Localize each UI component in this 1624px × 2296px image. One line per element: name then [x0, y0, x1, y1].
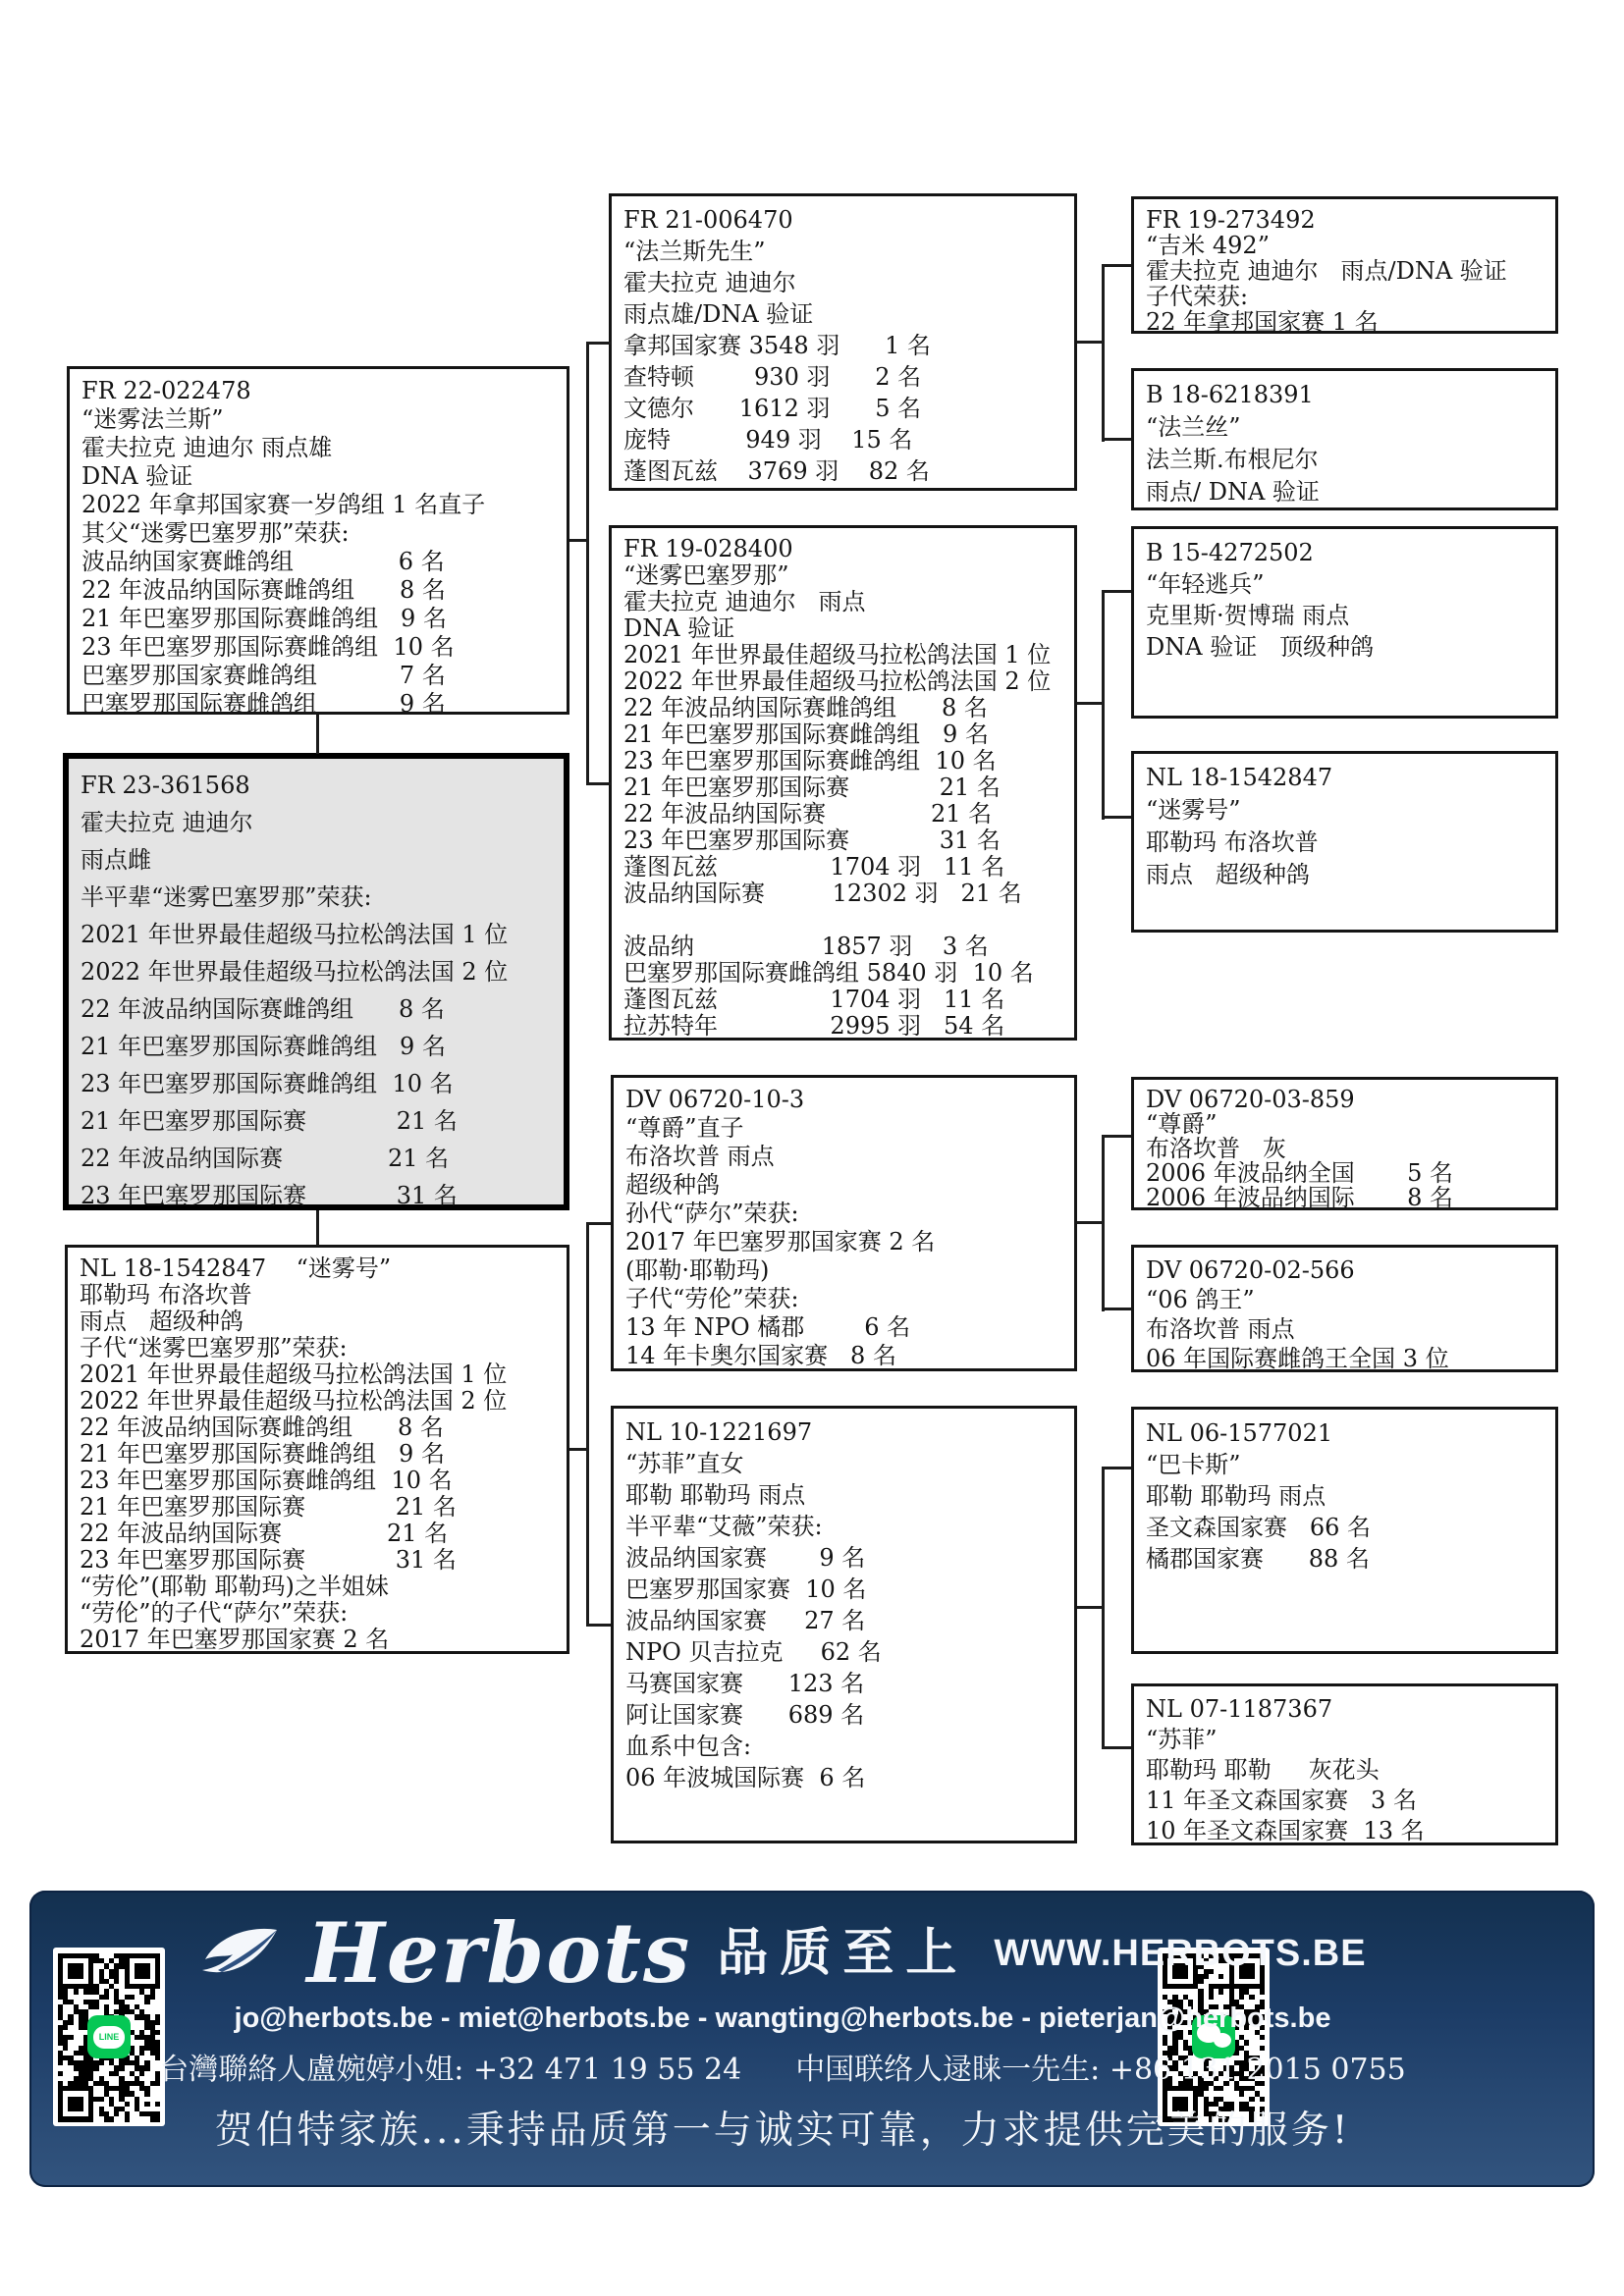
- connector-line: [1077, 1606, 1105, 1609]
- text-line: 庞特 949 羽 15 名: [623, 424, 1062, 455]
- text-line: FR 22-022478: [81, 377, 555, 405]
- text-line: “苏菲”直女: [625, 1448, 1062, 1479]
- text-line: B 15-4272502: [1146, 537, 1543, 568]
- text-line: 耶勒 耶勒玛 雨点: [625, 1479, 1062, 1511]
- connector-line: [1102, 438, 1131, 441]
- text-line: DNA 验证 顶级种鸽: [1146, 631, 1543, 663]
- text-line: 血系中包含:: [625, 1731, 1062, 1762]
- text-line: 巴塞罗那国家赛 10 名: [625, 1574, 1062, 1605]
- text-line: “06 鸽王”: [1146, 1285, 1543, 1314]
- text-line: 霍夫拉克 迪迪尔 雨点雄: [81, 434, 555, 462]
- pedigree-page: FR 22-022478“迷雾法兰斯”霍夫拉克 迪迪尔 雨点雄DNA 验证202…: [0, 0, 1624, 2296]
- contact-china: 中国联络人逯睐一先生: +86 131 2015 0755: [795, 2045, 1406, 2088]
- text-line: “吉米 492”: [1146, 233, 1543, 258]
- text-line: 子代“迷雾巴塞罗那”荣获:: [80, 1335, 555, 1362]
- text-line: 子代荣获:: [1146, 284, 1543, 309]
- website-url: WWW.HERBOTS.BE: [994, 1933, 1366, 1975]
- connector-line: [586, 782, 611, 785]
- text-line: 2022 年世界最佳超级马拉松鸽法国 2 位: [80, 1388, 555, 1415]
- text-line: “法兰斯先生”: [623, 236, 1062, 267]
- text-line: 23 年巴塞罗那国际赛雌鸽组 10 名: [80, 1468, 555, 1494]
- text-line: 半平辈“迷雾巴塞罗那”荣获:: [81, 879, 552, 916]
- text-line: 14 年卡奥尔国家赛 8 名: [625, 1342, 1062, 1370]
- text-line: DNA 验证: [81, 462, 555, 491]
- pedigree-box-nl06-1577021: NL 06-1577021“巴卡斯”耶勒 耶勒玛 雨点圣文森国家赛 66 名橘郡…: [1131, 1407, 1558, 1654]
- footer-banner: LINE Herbots 品质至上 WWW.HERBOTS.BE jo@herb…: [29, 1891, 1595, 2187]
- text-line: 2022 年世界最佳超级马拉松鸽法国 2 位: [81, 953, 552, 990]
- text-line: 耶勒 耶勒玛 雨点: [1146, 1480, 1543, 1512]
- text-line: FR 19-028400: [623, 536, 1062, 562]
- line-icon: LINE: [87, 2015, 131, 2058]
- connector-line: [1102, 1135, 1131, 1138]
- pedigree-box-subject-fr23-361568: FR 23-361568霍夫拉克 迪迪尔雨点雌半平辈“迷雾巴塞罗那”荣获:202…: [63, 753, 569, 1210]
- text-line: 23 年巴塞罗那国际赛 31 名: [81, 1177, 552, 1214]
- text-line: 2022 年世界最佳超级马拉松鸽法国 2 位: [623, 668, 1062, 695]
- text-line: 超级种鸽: [625, 1171, 1062, 1200]
- pedigree-box-nl10-1221697: NL 10-1221697“苏菲”直女耶勒 耶勒玛 雨点半平辈“艾薇”荣获:波品…: [611, 1406, 1077, 1843]
- pedigree-box-dv06720-10-3: DV 06720-10-3“尊爵”直子布洛坎普 雨点超级种鸽孙代“萨尔”荣获:2…: [611, 1075, 1077, 1371]
- text-line: 霍夫拉克 迪迪尔 雨点/DNA 验证: [1146, 258, 1543, 284]
- text-line: 拿邦国家赛 3548 羽 1 名: [623, 330, 1062, 361]
- connector-line: [586, 342, 589, 785]
- text-line: “苏菲”: [1146, 1725, 1543, 1755]
- connector-line: [1102, 264, 1131, 267]
- text-line: 21 年巴塞罗那国际赛雌鸽组 9 名: [80, 1441, 555, 1468]
- connector-line: [1102, 1308, 1131, 1310]
- pedigree-box-b18-6218391: B 18-6218391“法兰丝”法兰斯.布根尼尔雨点/ DNA 验证: [1131, 368, 1558, 510]
- text-line: 孙代“萨尔”荣获:: [625, 1200, 1062, 1228]
- text-line: 布洛坎普 灰: [1146, 1137, 1543, 1161]
- text-line: 巴塞罗那国家赛雌鸽组 7 名: [81, 662, 555, 690]
- text-line: 22 年波品纳国际赛 21 名: [623, 801, 1062, 828]
- text-line: [623, 907, 1062, 934]
- text-line: 橘郡国家赛 88 名: [1146, 1543, 1543, 1575]
- text-line: 06 年波城国际赛 6 名: [625, 1762, 1062, 1793]
- text-line: 22 年波品纳国际赛 21 名: [81, 1140, 552, 1177]
- pedigree-box-b15-4272502: B 15-4272502“年轻逃兵”克里斯·贺博瑞 雨点DNA 验证 顶级种鸽: [1131, 526, 1558, 719]
- text-line: 蓬图瓦兹 1704 羽 11 名: [623, 854, 1062, 881]
- connector-line: [586, 342, 611, 345]
- pedigree-box-fr21-006470: FR 21-006470“法兰斯先生”霍夫拉克 迪迪尔雨点雄/DNA 验证拿邦国…: [609, 193, 1077, 491]
- text-line: DV 06720-03-859: [1146, 1088, 1543, 1112]
- text-line: 23 年巴塞罗那国际赛 31 名: [80, 1547, 555, 1574]
- text-line: 耶勒玛 布洛坎普: [1146, 827, 1543, 859]
- pedigree-box-fr19-273492: FR 19-273492“吉米 492”霍夫拉克 迪迪尔 雨点/DNA 验证子代…: [1131, 196, 1558, 334]
- pedigree-box-fr19-028400: FR 19-028400“迷雾巴塞罗那”霍夫拉克 迪迪尔 雨点DNA 验证202…: [609, 525, 1077, 1041]
- text-line: 蓬图瓦兹 3769 羽 82 名: [623, 455, 1062, 487]
- text-line: 雨点/ DNA 验证: [1146, 476, 1543, 508]
- connector-line: [1077, 702, 1105, 705]
- herbots-logo: Herbots: [306, 1912, 691, 1995]
- connector-line: [1102, 1746, 1131, 1749]
- text-line: 22 年拿邦国家赛 1 名: [1146, 309, 1543, 335]
- text-line: 波品纳国际赛 12302 羽 21 名: [623, 881, 1062, 907]
- text-line: 2021 年世界最佳超级马拉松鸽法国 1 位: [81, 916, 552, 953]
- text-line: DV 06720-02-566: [1146, 1255, 1543, 1285]
- text-line: 巴塞罗那国际赛雌鸽组 5840 羽 10 名: [623, 960, 1062, 987]
- text-line: 21 年巴塞罗那国际赛雌鸽组 9 名: [81, 1028, 552, 1065]
- connector-line: [586, 1222, 589, 1627]
- text-line: 22 年波品纳国际赛 21 名: [80, 1521, 555, 1547]
- text-line: B 18-6218391: [1146, 379, 1543, 411]
- text-line: 拉苏特年 2995 羽 54 名: [623, 1013, 1062, 1040]
- text-line: “法兰丝”: [1146, 411, 1543, 444]
- text-line: 22 年波品纳国际赛雌鸽组 8 名: [623, 695, 1062, 721]
- text-line: 21 年巴塞罗那国际赛 21 名: [81, 1102, 552, 1140]
- pedigree-box-nl18-1542847-grandparent: NL 18-1542847“迷雾号”耶勒玛 布洛坎普雨点 超级种鸽: [1131, 751, 1558, 933]
- text-line: “年轻逃兵”: [1146, 568, 1543, 600]
- text-line: NL 07-1187367: [1146, 1694, 1543, 1725]
- text-line: 雨点 超级种鸽: [80, 1308, 555, 1335]
- text-line: 霍夫拉克 迪迪尔: [623, 267, 1062, 298]
- text-line: 克里斯·贺博瑞 雨点: [1146, 600, 1543, 631]
- text-line: “劳伦”的子代“萨尔”荣获:: [80, 1600, 555, 1627]
- text-line: “巴卡斯”: [1146, 1449, 1543, 1480]
- text-line: NL 06-1577021: [1146, 1417, 1543, 1449]
- connector-line: [1102, 1467, 1131, 1469]
- text-line: 雨点 超级种鸽: [1146, 859, 1543, 891]
- text-line: 霍夫拉克 迪迪尔: [81, 804, 552, 841]
- contact-taiwan: 台灣聯絡人盧婉婷小姐: +32 471 19 55 24: [159, 2045, 741, 2088]
- text-line: 21 年巴塞罗那国际赛雌鸽组 9 名: [623, 721, 1062, 748]
- connector-line: [316, 1210, 319, 1246]
- contacts-line: 台灣聯絡人盧婉婷小姐: +32 471 19 55 24 中国联络人逯睐一先生:…: [159, 2045, 1405, 2088]
- text-line: 半平辈“艾薇”荣获:: [625, 1511, 1062, 1542]
- text-line: 11 年圣文森国家赛 3 名: [1146, 1786, 1543, 1816]
- connector-line: [1102, 1467, 1105, 1749]
- text-line: 波品纳国家赛雌鸽组 6 名: [81, 548, 555, 576]
- text-line: “尊爵”: [1146, 1112, 1543, 1137]
- text-line: NL 18-1542847 “迷雾号”: [80, 1255, 555, 1282]
- text-line: 2022 年拿邦国家赛一岁鸽组 1 名直子: [81, 491, 555, 519]
- pedigree-box-nl07-1187367: NL 07-1187367“苏菲”耶勒玛 耶勒 灰花头11 年圣文森国家赛 3 …: [1131, 1683, 1558, 1845]
- text-line: 2017 年巴塞罗那国家赛 2 名: [625, 1228, 1062, 1256]
- text-line: 2006 年波品纳全国 5 名: [1146, 1161, 1543, 1186]
- text-line: “迷雾法兰斯”: [81, 405, 555, 434]
- connector-line: [1102, 590, 1105, 820]
- text-line: 马赛国家赛 123 名: [625, 1668, 1062, 1699]
- connector-line: [1102, 1135, 1105, 1311]
- pedigree-box-sire-fr22-022478: FR 22-022478“迷雾法兰斯”霍夫拉克 迪迪尔 雨点雄DNA 验证202…: [67, 366, 569, 715]
- text-line: 23 年巴塞罗那国际赛雌鸽组 10 名: [623, 748, 1062, 774]
- text-line: 波品纳 1857 羽 3 名: [623, 934, 1062, 960]
- text-line: 波品纳国家赛 27 名: [625, 1605, 1062, 1636]
- text-line: 阿让国家赛 689 名: [625, 1699, 1062, 1731]
- connector-line: [316, 715, 319, 754]
- text-line: (耶勒·耶勒玛): [625, 1256, 1062, 1285]
- text-line: 21 年巴塞罗那国际赛 21 名: [623, 774, 1062, 801]
- connector-line: [1102, 816, 1131, 819]
- text-line: 耶勒玛 布洛坎普: [80, 1282, 555, 1308]
- text-line: 法兰斯.布根尼尔: [1146, 444, 1543, 476]
- text-line: 2021 年世界最佳超级马拉松鸽法国 1 位: [80, 1362, 555, 1388]
- text-line: 2017 年巴塞罗那国家赛 2 名: [80, 1627, 555, 1653]
- text-line: 查特顿 930 羽 2 名: [623, 361, 1062, 393]
- connector-line: [1077, 341, 1105, 344]
- brand-row: Herbots 品质至上 WWW.HERBOTS.BE: [198, 1912, 1366, 1995]
- text-line: 06 年国际赛雌鸽王全国 3 位: [1146, 1344, 1543, 1373]
- text-line: “劳伦”(耶勒 耶勒玛)之半姐妹: [80, 1574, 555, 1600]
- connector-line: [1077, 1221, 1105, 1224]
- text-line: 圣文森国家赛 66 名: [1146, 1512, 1543, 1543]
- connector-line: [586, 1222, 611, 1225]
- text-line: 波品纳国家赛 9 名: [625, 1542, 1062, 1574]
- pedigree-box-dv06720-03-859: DV 06720-03-859“尊爵”布洛坎普 灰2006 年波品纳全国 5 名…: [1131, 1077, 1558, 1210]
- emails-line: jo@herbots.be - miet@herbots.be - wangti…: [235, 2002, 1331, 2035]
- text-line: 21 年巴塞罗那国际赛雌鸽组 9 名: [81, 605, 555, 633]
- text-line: 2021 年世界最佳超级马拉松鸽法国 1 位: [623, 642, 1062, 668]
- text-line: 2006 年波品纳国际 8 名: [1146, 1186, 1543, 1210]
- connector-line: [586, 1624, 611, 1627]
- text-line: NL 18-1542847: [1146, 762, 1543, 794]
- text-line: 13 年 NPO 橘郡 6 名: [625, 1313, 1062, 1342]
- text-line: 23 年巴塞罗那国际赛雌鸽组 10 名: [81, 633, 555, 662]
- text-line: 22 年波品纳国际赛雌鸽组 8 名: [81, 990, 552, 1028]
- pedigree-box-dam-nl18-1542847: NL 18-1542847 “迷雾号”耶勒玛 布洛坎普雨点 超级种鸽子代“迷雾巴…: [65, 1245, 569, 1654]
- text-line: FR 23-361568: [81, 767, 552, 804]
- text-line: FR 21-006470: [623, 204, 1062, 236]
- text-line: 22 年波品纳国际赛雌鸽组 8 名: [81, 576, 555, 605]
- text-line: NL 10-1221697: [625, 1416, 1062, 1448]
- text-line: DNA 验证: [623, 615, 1062, 642]
- text-line: “迷雾号”: [1146, 794, 1543, 827]
- line-icon-label: LINE: [93, 2026, 125, 2049]
- slogan-line: 贺伯特家族...秉持品质第一与诚实可靠，力求提供完美的服务!: [215, 2100, 1351, 2155]
- connector-line: [1102, 590, 1131, 593]
- text-line: 21 年巴塞罗那国际赛 21 名: [80, 1494, 555, 1521]
- text-line: 霍夫拉克 迪迪尔 雨点: [623, 589, 1062, 615]
- brand-tagline: 品质至上: [717, 1924, 968, 1983]
- text-line: 雨点雌: [81, 841, 552, 879]
- connector-line: [1102, 264, 1105, 442]
- pedigree-box-dv06720-02-566: DV 06720-02-566“06 鸽王”布洛坎普 雨点06 年国际赛雌鸽王全…: [1131, 1245, 1558, 1372]
- text-line: DV 06720-10-3: [625, 1086, 1062, 1114]
- text-line: 蓬图瓦兹 1704 羽 11 名: [623, 987, 1062, 1013]
- text-line: “迷雾巴塞罗那”: [623, 562, 1062, 589]
- text-line: “尊爵”直子: [625, 1114, 1062, 1143]
- feather-icon: [198, 1925, 281, 1982]
- text-line: 布洛坎普 雨点: [625, 1143, 1062, 1171]
- text-line: 子代“劳伦”荣获:: [625, 1285, 1062, 1313]
- text-line: NPO 贝吉拉克 62 名: [625, 1636, 1062, 1668]
- line-qr-code: LINE: [53, 1948, 165, 2126]
- text-line: 耶勒玛 耶勒 灰花头: [1146, 1755, 1543, 1786]
- text-line: 10 年圣文森国家赛 13 名: [1146, 1816, 1543, 1846]
- text-line: FR 19-273492: [1146, 207, 1543, 233]
- text-line: 23 年巴塞罗那国际赛雌鸽组 10 名: [81, 1065, 552, 1102]
- text-line: 23 年巴塞罗那国际赛 31 名: [623, 828, 1062, 854]
- text-line: 22 年波品纳国际赛雌鸽组 8 名: [80, 1415, 555, 1441]
- text-line: 文德尔 1612 羽 5 名: [623, 393, 1062, 424]
- text-line: 其父“迷雾巴塞罗那”荣获:: [81, 519, 555, 548]
- text-line: 布洛坎普 雨点: [1146, 1314, 1543, 1344]
- text-line: 雨点雄/DNA 验证: [623, 298, 1062, 330]
